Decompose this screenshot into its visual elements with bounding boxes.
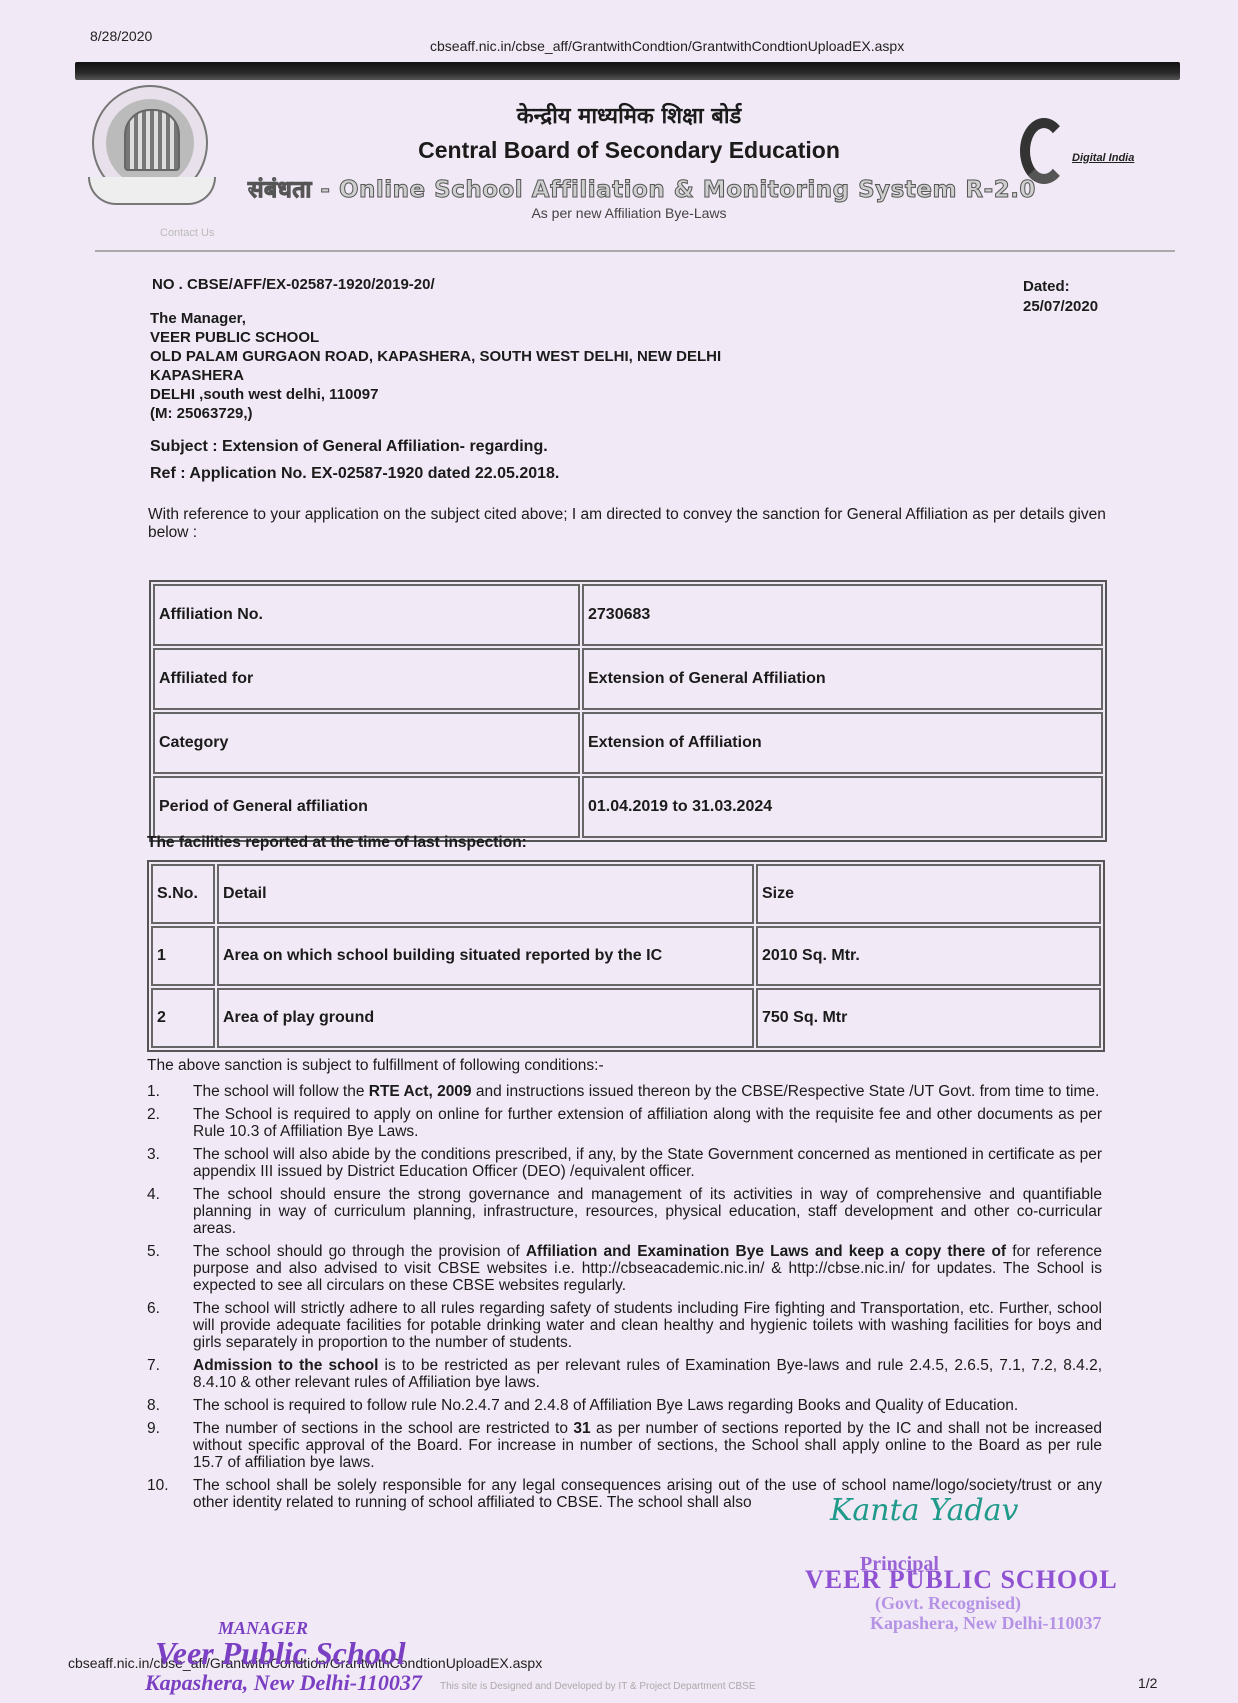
condition-item: 5.The school should go through the provi… <box>147 1243 1102 1294</box>
condition-text: The school will follow the RTE Act, 2009… <box>193 1083 1099 1100</box>
reference-number: NO . CBSE/AFF/EX-02587-1920/2019-20/ <box>152 276 435 293</box>
condition-item: 8.The school is required to follow rule … <box>147 1397 1102 1414</box>
condition-text: Admission to the school is to be restric… <box>193 1357 1102 1391</box>
table-header-row: S.No. Detail Size <box>151 864 1101 924</box>
manager-stamp-school: Veer Public School <box>155 1635 406 1672</box>
condition-item: 1.The school will follow the RTE Act, 20… <box>147 1083 1102 1100</box>
bye-laws-note: As per new Affiliation Bye-Laws <box>0 205 1238 221</box>
table-row: 2 Area of play ground 750 Sq. Mtr <box>151 988 1101 1048</box>
row-label: Period of General affiliation <box>153 776 580 838</box>
application-reference: Ref : Application No. EX-02587-1920 date… <box>150 465 559 483</box>
table-row: Affiliated for Extension of General Affi… <box>153 648 1103 710</box>
facilities-heading: The facilities reported at the time of l… <box>147 834 527 852</box>
footer-credit: This site is Designed and Developed by I… <box>440 1681 756 1692</box>
principal-stamp-address: Kapashera, New Delhi-110037 <box>870 1613 1102 1634</box>
digital-india-label: Digital India <box>1072 152 1134 164</box>
condition-item: 3.The school will also abide by the cond… <box>147 1146 1102 1180</box>
row-value: 2730683 <box>582 584 1103 646</box>
system-title: संबंधता - Online School Affiliation & Mo… <box>248 172 1036 204</box>
address-line: VEER PUBLIC SCHOOL <box>150 328 721 347</box>
address-line: OLD PALAM GURGAON ROAD, KAPASHERA, SOUTH… <box>150 347 721 366</box>
condition-text: The school will strictly adhere to all r… <box>193 1300 1102 1351</box>
condition-text: The school should ensure the strong gove… <box>193 1186 1102 1237</box>
print-date: 8/28/2020 <box>90 28 152 44</box>
subject-line: Subject : Extension of General Affiliati… <box>150 438 548 456</box>
table-row: Category Extension of Affiliation <box>153 712 1103 774</box>
address-line: The Manager, <box>150 309 721 328</box>
condition-number: 4. <box>147 1186 160 1203</box>
table-row: 1 Area on which school building situated… <box>151 926 1101 986</box>
cell-detail: Area of play ground <box>217 988 754 1048</box>
condition-text: The school will also abide by the condit… <box>193 1146 1102 1180</box>
conditions-intro: The above sanction is subject to fulfill… <box>147 1057 604 1075</box>
principal-stamp-school: VEER PUBLIC SCHOOL <box>805 1565 1118 1595</box>
facilities-table: S.No. Detail Size 1 Area on which school… <box>147 860 1105 1052</box>
print-url-header: cbseaff.nic.in/cbse_aff/GrantwithCondtio… <box>430 38 904 54</box>
intro-paragraph: With reference to your application on th… <box>148 506 1108 542</box>
condition-text: The school is required to follow rule No… <box>193 1397 1018 1414</box>
header-bar <box>75 62 1180 80</box>
condition-number: 8. <box>147 1397 160 1414</box>
row-label: Affiliation No. <box>153 584 580 646</box>
cell-sno: 2 <box>151 988 215 1048</box>
recipient-address: The Manager, VEER PUBLIC SCHOOL OLD PALA… <box>150 309 721 423</box>
digital-india-icon: Digital India <box>1020 118 1140 188</box>
condition-number: 7. <box>147 1357 160 1374</box>
condition-number: 5. <box>147 1243 160 1260</box>
condition-number: 6. <box>147 1300 160 1317</box>
address-line: DELHI ,south west delhi, 110097 <box>150 385 721 404</box>
condition-item: 4.The school should ensure the strong go… <box>147 1186 1102 1237</box>
cell-sno: 1 <box>151 926 215 986</box>
contact-us-link[interactable]: Contact Us <box>160 227 214 239</box>
separator <box>95 250 1175 252</box>
address-line: KAPASHERA <box>150 366 721 385</box>
dated-label: Dated: <box>1023 277 1098 297</box>
cell-size: 750 Sq. Mtr <box>756 988 1101 1048</box>
condition-number: 9. <box>147 1420 160 1437</box>
digital-india-swirl <box>1020 118 1068 184</box>
condition-number: 2. <box>147 1106 160 1123</box>
column-header: Size <box>756 864 1101 924</box>
condition-number: 10. <box>147 1477 169 1494</box>
condition-text: The school should go through the provisi… <box>193 1243 1102 1294</box>
column-header: S.No. <box>151 864 215 924</box>
condition-number: 3. <box>147 1146 160 1163</box>
emblem-ribbon <box>88 177 216 205</box>
date-block: Dated: 25/07/2020 <box>1023 277 1098 317</box>
row-label: Category <box>153 712 580 774</box>
manager-stamp-address: Kapashera, New Delhi-110037 <box>145 1670 422 1696</box>
condition-text: The School is required to apply on onlin… <box>193 1106 1102 1140</box>
row-value: Extension of Affiliation <box>582 712 1103 774</box>
row-value: 01.04.2019 to 31.03.2024 <box>582 776 1103 838</box>
page-number: 1/2 <box>1138 1675 1157 1691</box>
condition-number: 1. <box>147 1083 160 1100</box>
column-header: Detail <box>217 864 754 924</box>
dated-value: 25/07/2020 <box>1023 297 1098 317</box>
cell-detail: Area on which school building situated r… <box>217 926 754 986</box>
conditions-list: 1.The school will follow the RTE Act, 20… <box>147 1083 1102 1517</box>
table-row: Affiliation No. 2730683 <box>153 584 1103 646</box>
row-label: Affiliated for <box>153 648 580 710</box>
principal-signature: Kanta Yadav <box>830 1493 1019 1528</box>
address-line: (M: 25063729,) <box>150 404 721 423</box>
affiliation-table: Affiliation No. 2730683 Affiliated for E… <box>149 580 1107 842</box>
condition-text: The number of sections in the school are… <box>193 1420 1102 1471</box>
cell-size: 2010 Sq. Mtr. <box>756 926 1101 986</box>
condition-item: 7.Admission to the school is to be restr… <box>147 1357 1102 1391</box>
principal-stamp-recognised: (Govt. Recognised) <box>875 1593 1021 1614</box>
row-value: Extension of General Affiliation <box>582 648 1103 710</box>
table-row: Period of General affiliation 01.04.2019… <box>153 776 1103 838</box>
condition-item: 6.The school will strictly adhere to all… <box>147 1300 1102 1351</box>
condition-item: 2.The School is required to apply on onl… <box>147 1106 1102 1140</box>
condition-item: 9.The number of sections in the school a… <box>147 1420 1102 1471</box>
